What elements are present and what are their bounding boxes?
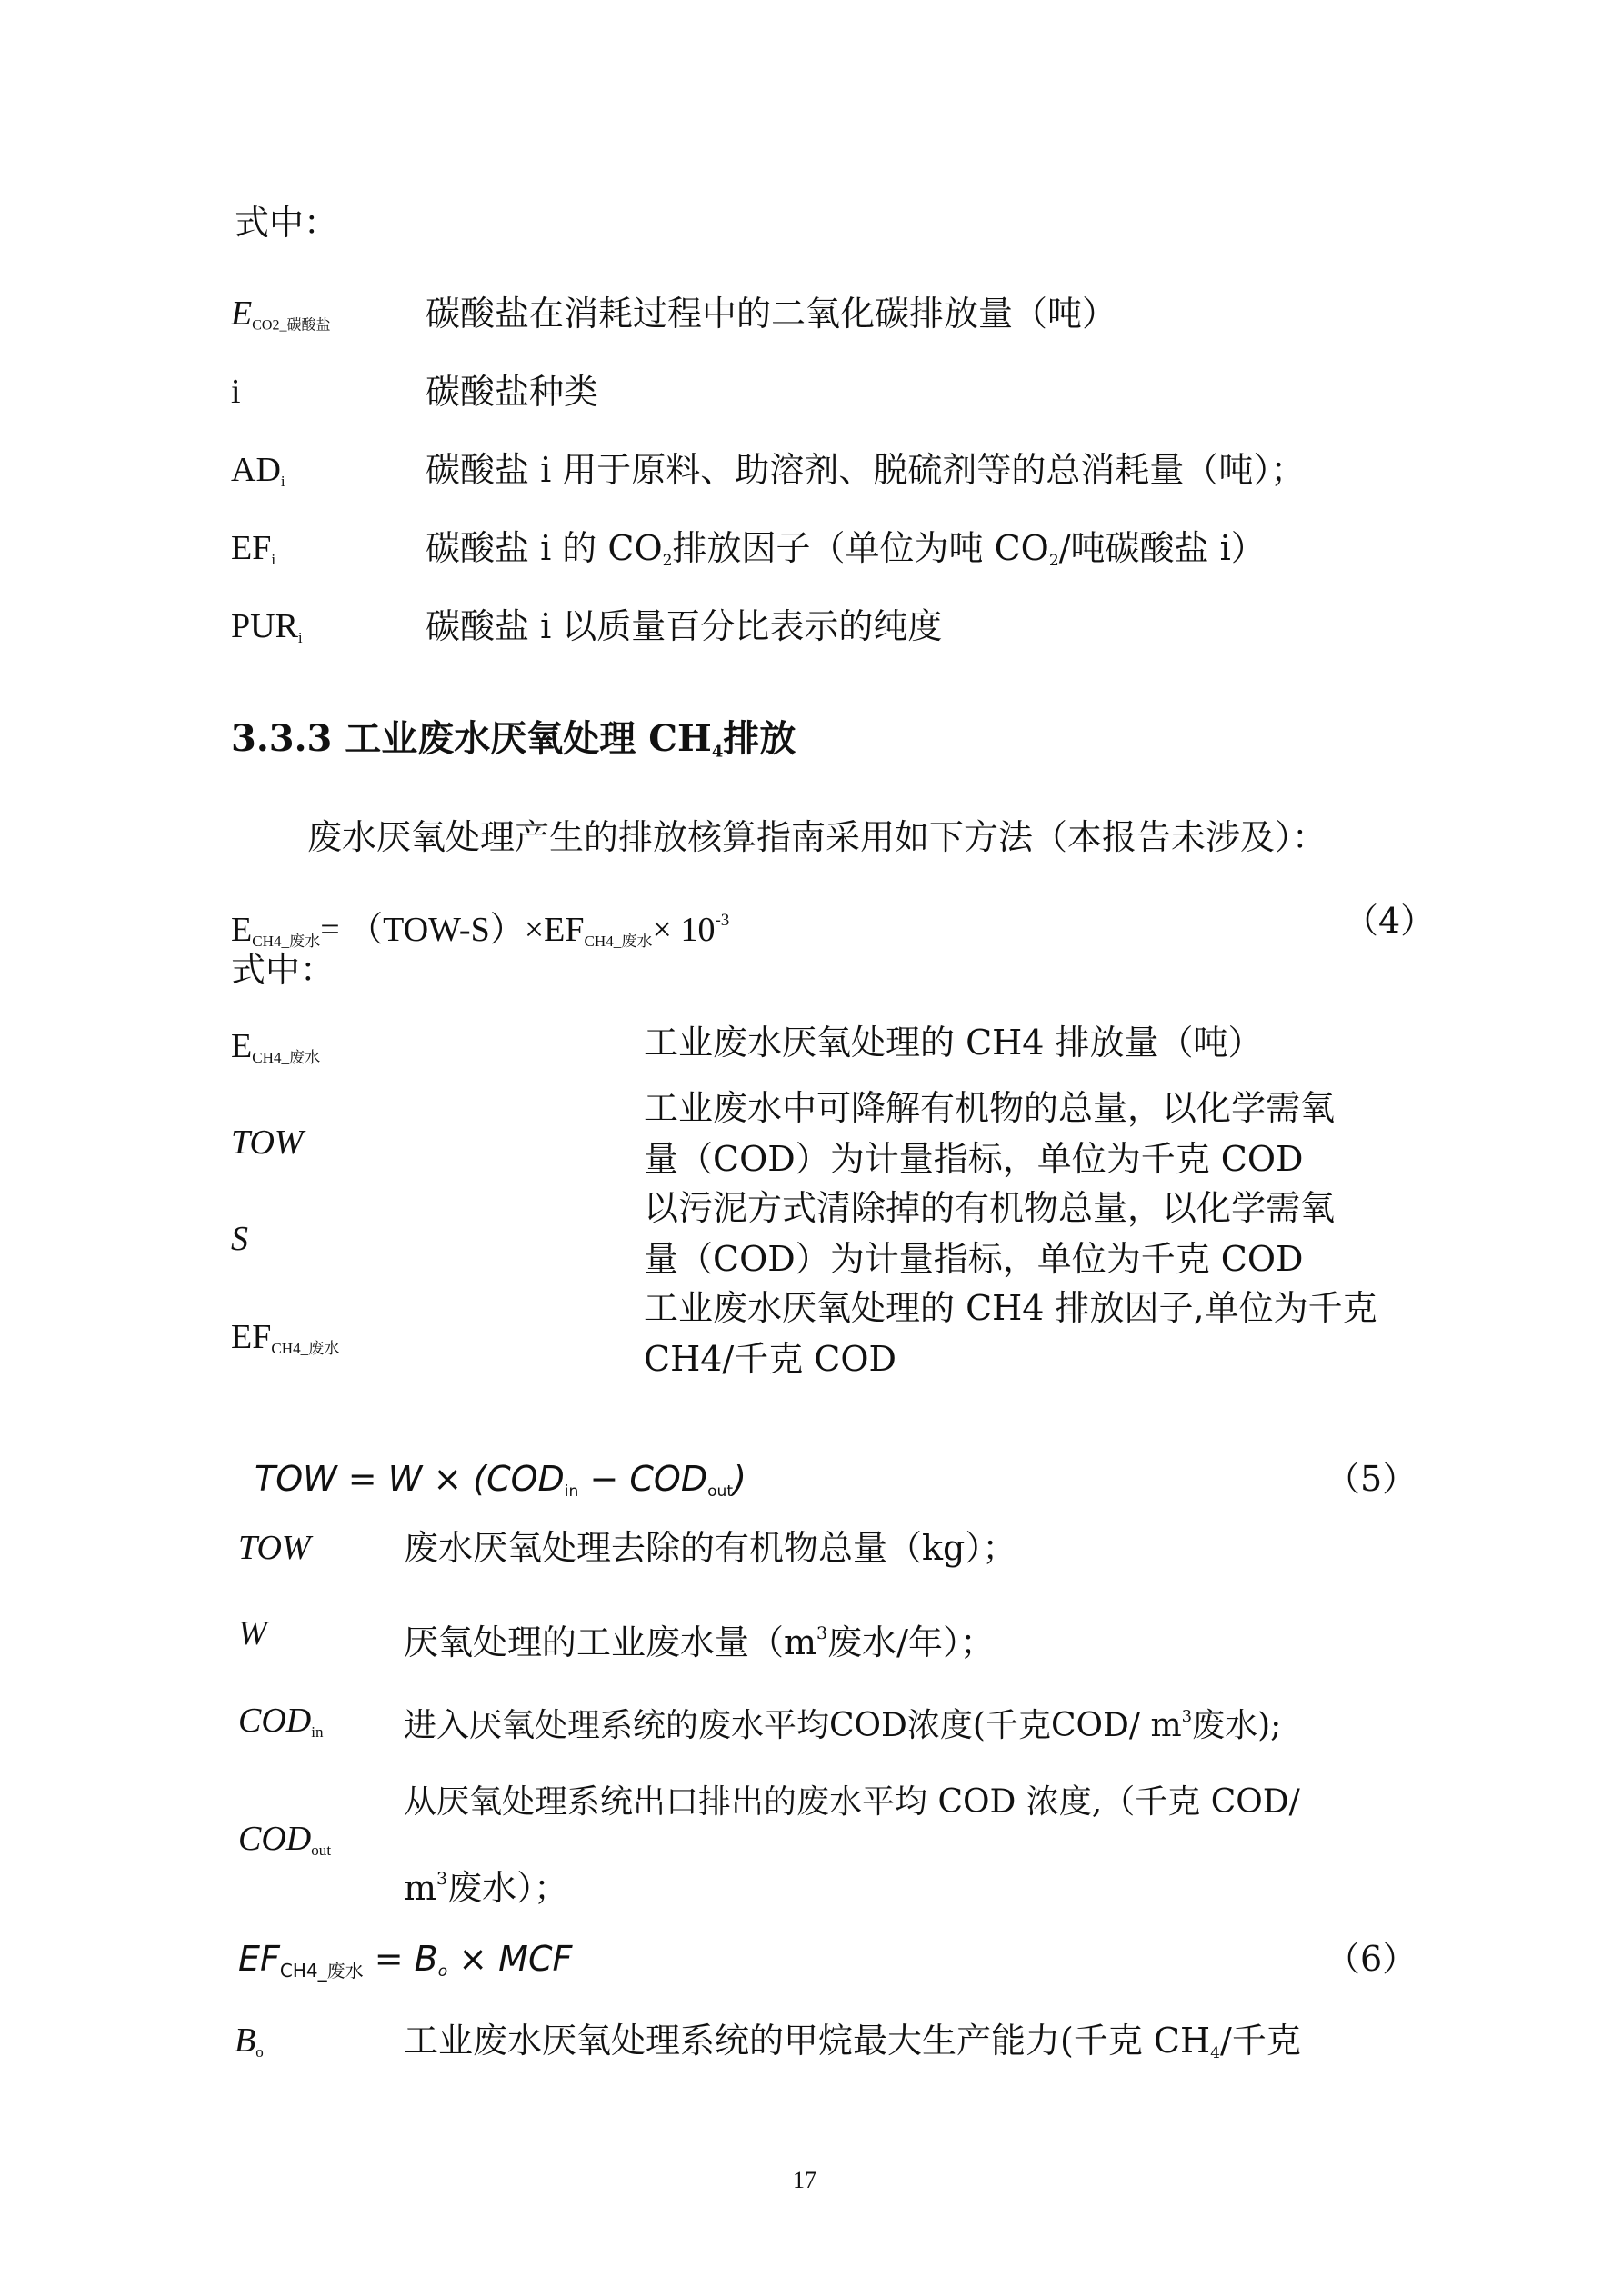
term-symbol-pur: PURi	[231, 605, 303, 659]
term-desc-ef: 碳酸盐 i 的 CO2排放因子（单位为吨 CO2/吨碳酸盐 i）	[426, 527, 1266, 582]
term-symbol-s: S	[231, 1218, 248, 1260]
equation-number-4: （4）	[1344, 900, 1435, 942]
term-desc-tow-2: 量（COD）为计量指标，单位为千克 COD	[644, 1138, 1303, 1180]
term-desc-ef-ch4-2: CH4/千克 COD	[644, 1338, 896, 1380]
term-desc-e-co2: 碳酸盐在消耗过程中的二氧化碳排放量（吨）	[426, 293, 1116, 334]
section-heading: 3.3.3 工业废水厌氧处理 CH4排放	[231, 718, 796, 773]
equation-6: EFCH4_废水 = Bo × MCF	[238, 1938, 572, 1992]
term-desc-cod-out-1: 从厌氧处理系统出口排出的废水平均 COD 浓度,（千克 COD/	[404, 1782, 1300, 1823]
term-symbol-tow-2: TOW	[238, 1527, 311, 1569]
equation-5: TOW = W × (CODin − CODout)	[255, 1458, 746, 1512]
term-desc-i: 碳酸盐种类	[426, 371, 598, 413]
term-symbol-tow: TOW	[231, 1122, 304, 1163]
term-symbol-ef-ch4: EFCH4_废水	[231, 1316, 339, 1370]
equation-number-5: （5）	[1326, 1458, 1417, 1500]
term-symbol-e-ch4: ECH4_废水	[231, 1025, 320, 1079]
term-desc-w: 厌氧处理的工业废水量（m3废水/年）；	[404, 1612, 995, 1663]
term-symbol-w: W	[238, 1612, 267, 1654]
term-symbol-i: i	[231, 371, 241, 413]
where-label-1: 式中：	[235, 202, 338, 244]
term-desc-s-2: 量（COD）为计量指标，单位为千克 COD	[644, 1238, 1303, 1280]
term-desc-tow-removed: 废水厌氧处理去除的有机物总量（kg）；	[404, 1527, 1016, 1569]
equation-number-6: （6）	[1326, 1938, 1417, 1980]
term-desc-cod-in: 进入厌氧处理系统的废水平均COD浓度(千克COD/ m3废水);	[404, 1696, 1281, 1747]
term-desc-bo: 工业废水厌氧处理系统的甲烷最大生产能力(千克 CH4/千克	[404, 2020, 1301, 2074]
term-desc-cod-out-2: m3废水）；	[404, 1858, 568, 1909]
term-desc-ef-ch4-1: 工业废水厌氧处理的 CH4 排放因子,单位为千克	[644, 1287, 1377, 1329]
term-symbol-ad: ADi	[231, 449, 285, 503]
term-desc-s-1: 以污泥方式清除掉的有机物总量，以化学需氧	[644, 1187, 1335, 1229]
term-symbol-cod-in: CODin	[238, 1700, 324, 1753]
term-symbol-e-co2: ECO2_碳酸盐	[231, 293, 330, 347]
term-symbol-cod-out: CODout	[238, 1818, 331, 1872]
term-desc-ad: 碳酸盐 i 用于原料、助溶剂、脱硫剂等的总消耗量（吨）；	[426, 449, 1305, 491]
method-paragraph: 废水厌氧处理产生的排放核算指南采用如下方法（本报告未涉及）：	[307, 816, 1327, 858]
term-desc-tow-1: 工业废水中可降解有机物的总量，以化学需氧	[644, 1087, 1335, 1129]
where-label-2: 式中：	[231, 949, 335, 991]
page-number: 17	[793, 2167, 816, 2194]
term-desc-pur: 碳酸盐 i 以质量百分比表示的纯度	[426, 605, 942, 647]
term-symbol-bo: Bo	[235, 2020, 264, 2073]
term-symbol-ef: EFi	[231, 527, 275, 581]
term-desc-e-ch4: 工业废水厌氧处理的 CH4 排放量（吨）	[644, 1022, 1263, 1063]
